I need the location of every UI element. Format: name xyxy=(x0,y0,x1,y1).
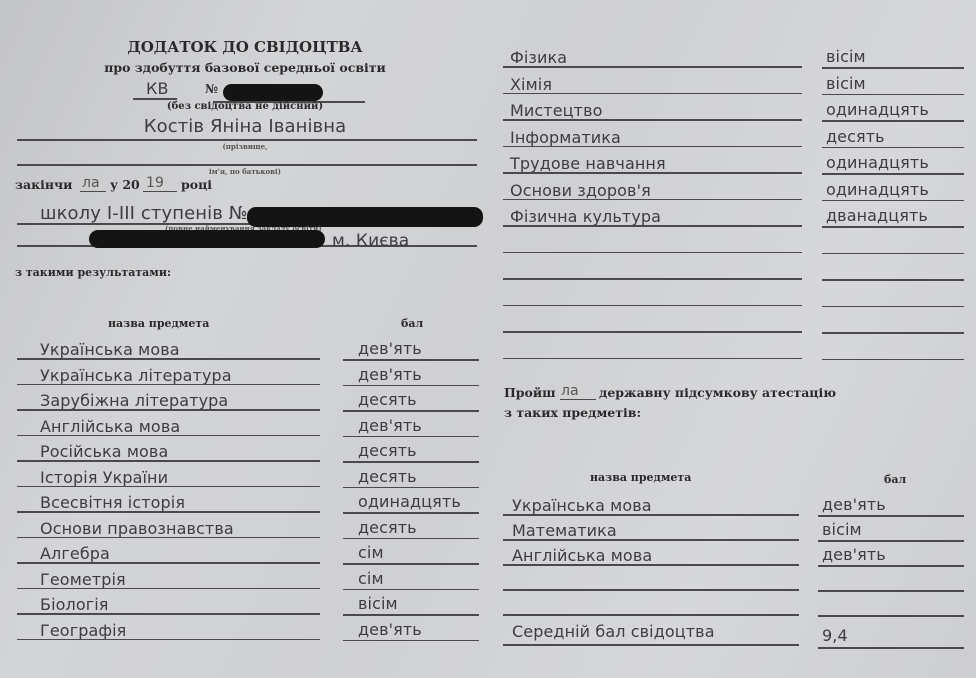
subject-score: вісім xyxy=(826,47,866,66)
city-name: м. Києва xyxy=(332,231,409,251)
validity-note: (без свідоцтва не дійсний) xyxy=(0,101,490,112)
results-label: з такими результатами: xyxy=(15,266,171,279)
average-value: 9,4 xyxy=(822,626,848,645)
subject-name: Англійська мова xyxy=(40,417,180,436)
subject-score: одинадцять xyxy=(826,153,929,172)
col-header-subject: назва предмета xyxy=(108,317,209,330)
subject-name: Фізична культура xyxy=(510,207,661,226)
subject-score: дев'ять xyxy=(822,495,886,514)
subject-name: Географія xyxy=(40,621,126,640)
subject-name: Основи здоров'я xyxy=(510,181,651,200)
subject-name: Фізика xyxy=(510,48,567,67)
subject-name: Інформатика xyxy=(510,128,621,147)
student-full-name: Костів Яніна Іванівна xyxy=(0,116,490,137)
subject-name: Англійська мова xyxy=(512,546,652,565)
subject-name: Хімія xyxy=(510,75,552,94)
subject-score: одинадцять xyxy=(826,180,929,199)
document-title: ДОДАТОК ДО СВІДОЦТВА xyxy=(0,38,490,56)
subject-name: Алгебра xyxy=(40,544,110,563)
subject-score: десять xyxy=(358,518,417,537)
subject-score: сім xyxy=(358,569,384,588)
subject-name: Українська мова xyxy=(512,496,652,515)
subject-score: дев'ять xyxy=(358,339,422,358)
subject-score: одинадцять xyxy=(826,100,929,119)
subject-name: Українська література xyxy=(40,366,232,385)
attestation-col-score: бал xyxy=(884,473,906,486)
average-label: Середній бал свідоцтва xyxy=(512,622,715,641)
year-suffix: 19 xyxy=(146,175,164,191)
subject-name: Основи правознавства xyxy=(40,519,234,538)
subject-name: Зарубіжна література xyxy=(40,391,228,410)
subject-name: Історія України xyxy=(40,468,168,487)
subject-score: сім xyxy=(358,543,384,562)
subject-name: Російська мова xyxy=(40,442,168,461)
redacted-certificate-number xyxy=(223,84,323,101)
attestation-text: державну підсумкову атестацію xyxy=(599,385,836,400)
subject-score: одинадцять xyxy=(358,492,461,511)
subject-score: десять xyxy=(826,127,885,146)
year-prefix: у 20 xyxy=(110,177,140,192)
redacted-school-address xyxy=(89,230,325,248)
subject-score: вісім xyxy=(822,520,862,539)
subject-score: дев'ять xyxy=(358,416,422,435)
subject-score: вісім xyxy=(826,74,866,93)
subject-score: вісім xyxy=(358,594,398,613)
subject-score: десять xyxy=(358,390,417,409)
subject-score: десять xyxy=(358,467,417,486)
attestation-suffix: ла xyxy=(561,383,579,399)
subject-name: Українська мова xyxy=(40,340,180,359)
subject-score: дванадцять xyxy=(826,206,928,225)
number-sign: № xyxy=(205,82,218,96)
label-surname: (прізвище, xyxy=(0,142,490,151)
col-header-score: бал xyxy=(401,317,423,330)
document-subtitle: про здобуття базової середньої освіти xyxy=(0,60,490,75)
subject-score: дев'ять xyxy=(358,365,422,384)
attestation-prefix: Пройш xyxy=(504,385,556,400)
subject-name: Трудове навчання xyxy=(510,154,666,173)
subject-score: десять xyxy=(358,441,417,460)
subject-name: Біологія xyxy=(40,595,109,614)
subject-score: дев'ять xyxy=(822,545,886,564)
subject-score: дев'ять xyxy=(358,620,422,639)
attestation-col-subject: назва предмета xyxy=(590,471,691,484)
subject-name: Геометрія xyxy=(40,570,126,589)
finished-prefix: закінчи xyxy=(15,177,72,192)
subject-name: Мистецтво xyxy=(510,101,603,120)
attestation-subjects-label: з таких предметів: xyxy=(504,405,641,420)
subject-name: Всесвітня історія xyxy=(40,493,185,512)
year-word: році xyxy=(181,177,212,192)
finished-suffix: ла xyxy=(82,175,100,191)
label-name-patronymic: ім'я, по батькові) xyxy=(0,167,490,176)
school-name: школу І-ІІІ ступенів № xyxy=(40,203,248,224)
subject-name: Математика xyxy=(512,521,617,540)
series-value: КВ xyxy=(146,79,169,98)
